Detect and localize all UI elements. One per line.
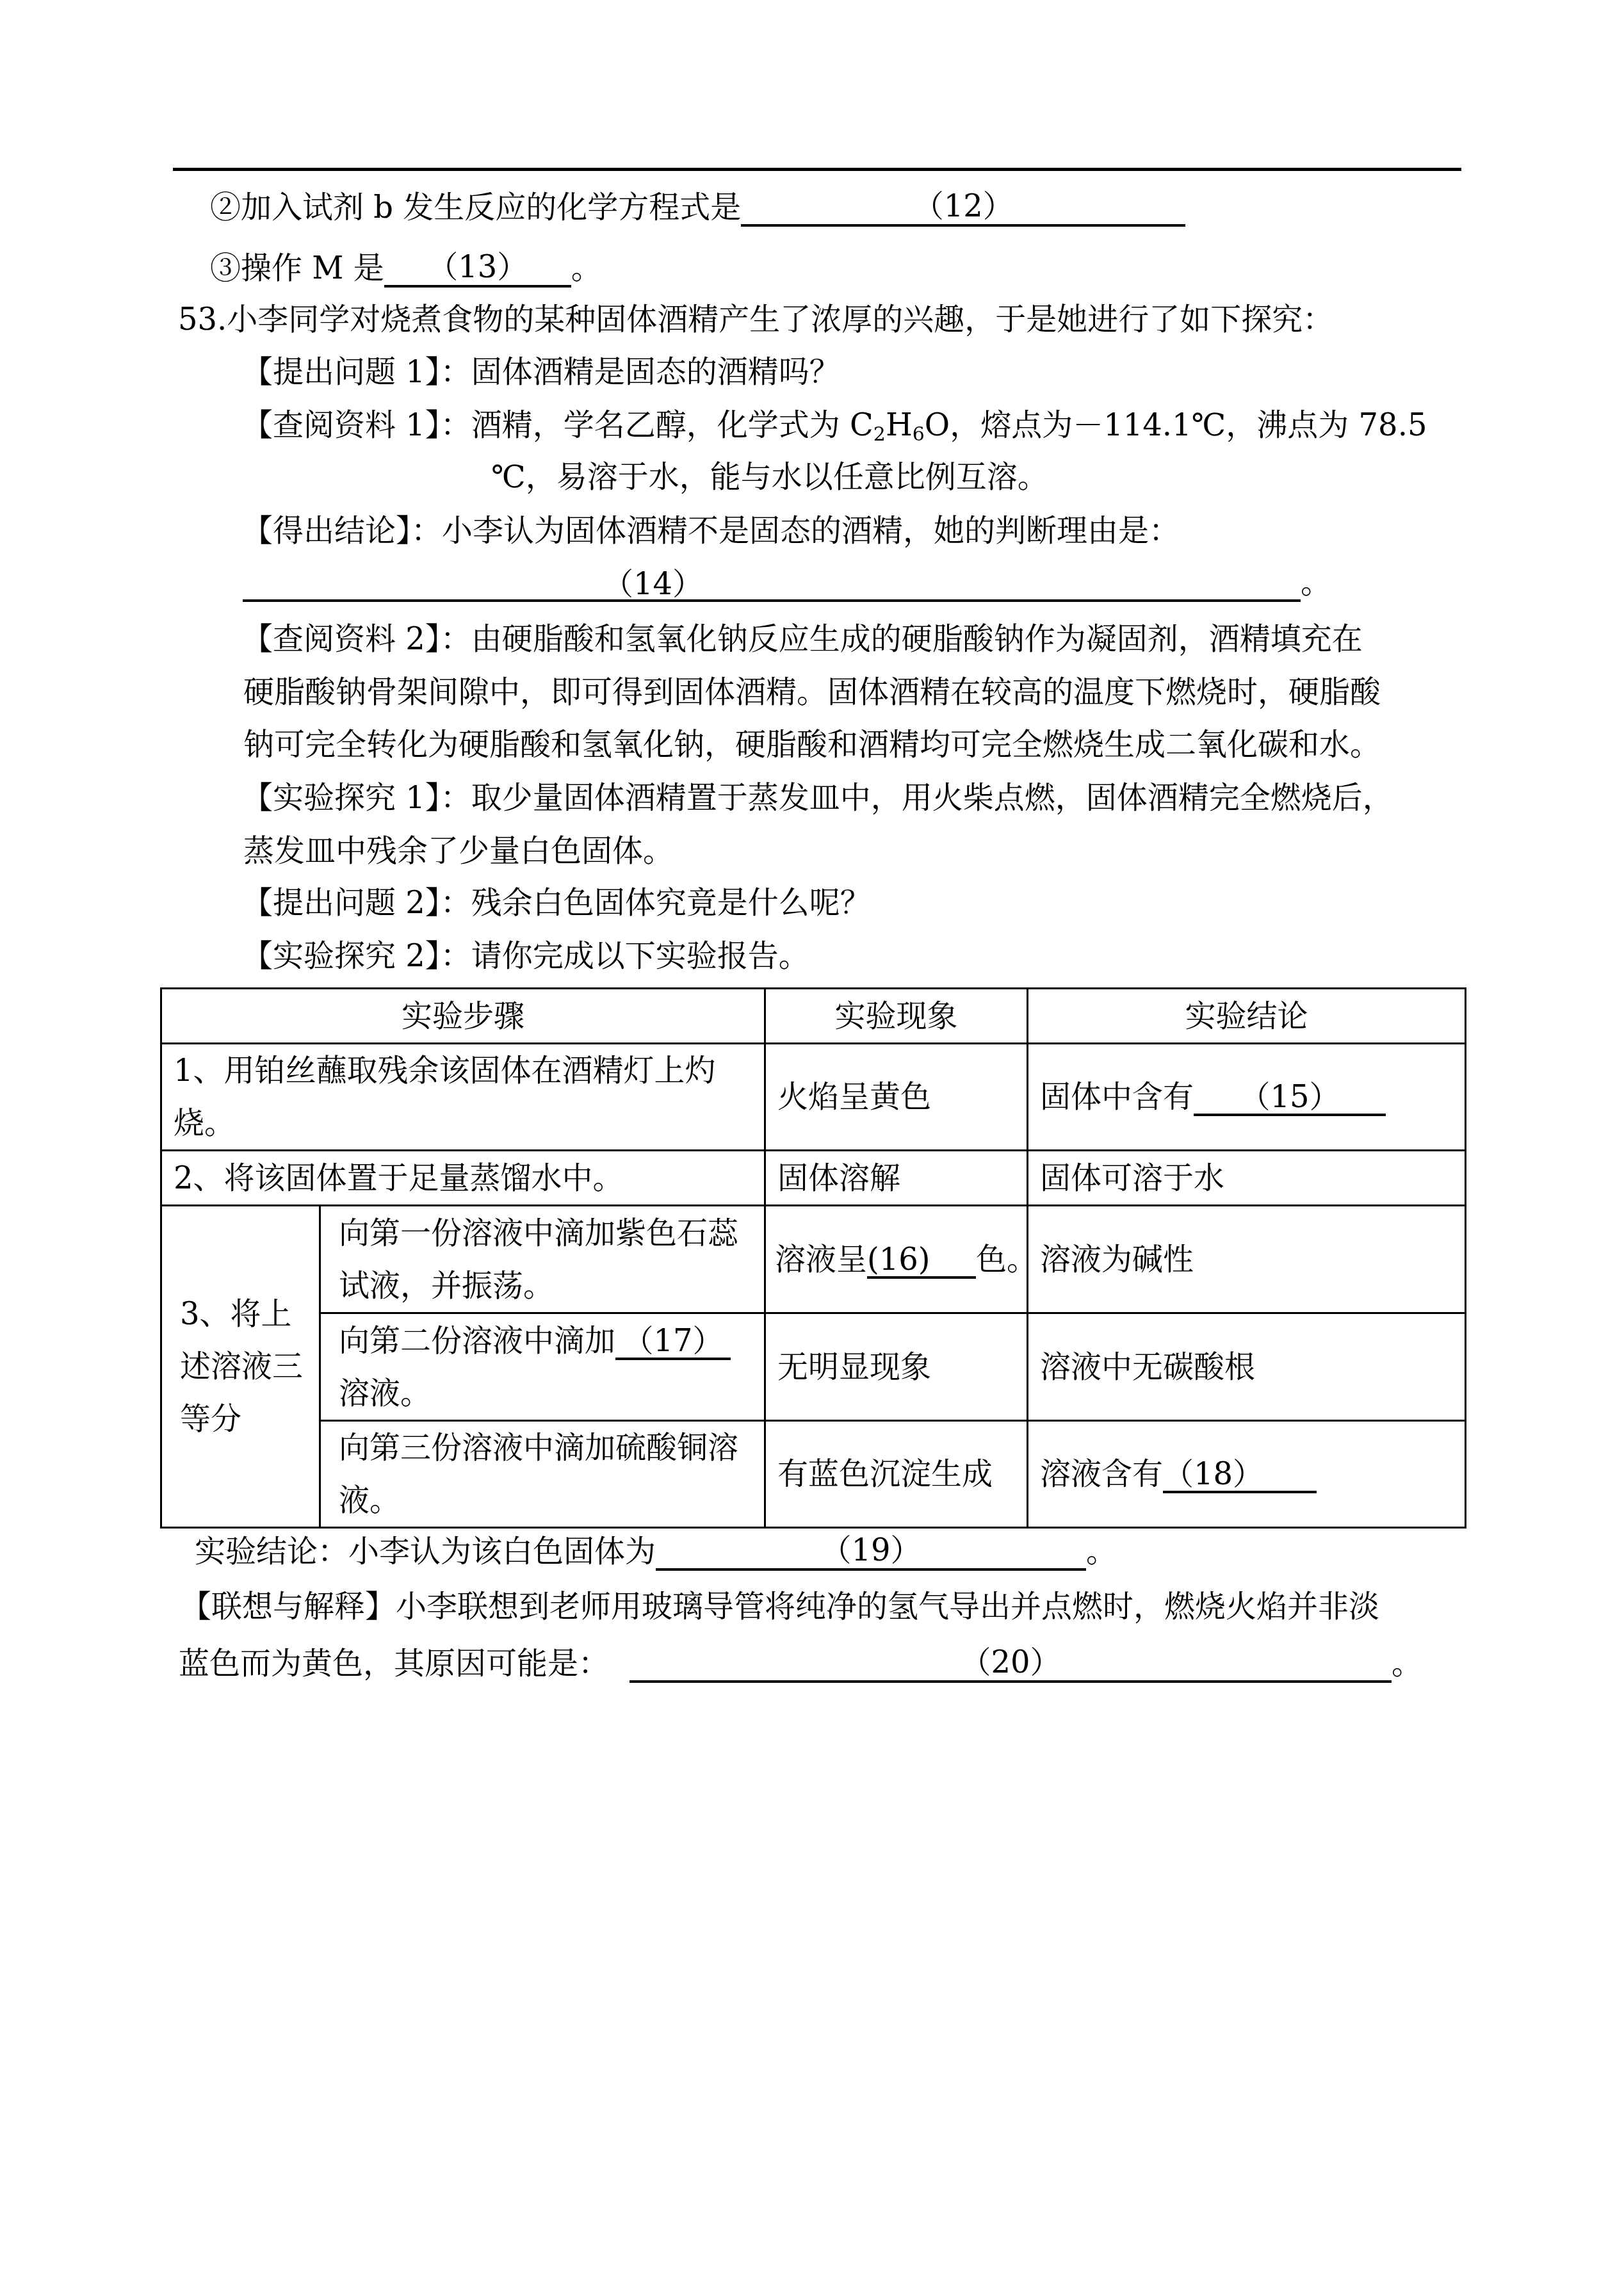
header-phenomenon: 实验现象	[765, 989, 1028, 1044]
association-line-1: 【联想与解释】小李联想到老师用玻璃导管将纯净的氢气导出并点燃时，燃烧火焰并非淡	[181, 1587, 1379, 1626]
blank-19[interactable]: （19）	[656, 1534, 1086, 1571]
experiment-report-table: 实验步骤 实验现象 实验结论 1、用铂丝蘸取残余该固体在酒精灯上灼烧。 火焰呈黄…	[160, 987, 1466, 1529]
conclusion-1-blank-line: （14）。	[243, 564, 1331, 602]
conclusion-1-suffix: 。	[1301, 565, 1331, 601]
row-1-phenomenon: 火焰呈黄色	[765, 1044, 1028, 1151]
header-steps: 实验步骤	[161, 989, 765, 1044]
row-2-conclusion: 固体可溶于水	[1028, 1151, 1466, 1206]
table-header-row: 实验步骤 实验现象 实验结论	[161, 989, 1466, 1044]
experiment-2: 【实验探究 2】：请你完成以下实验报告。	[242, 937, 809, 975]
reference-1-text-b: O，熔点为－114.1℃，沸点为 78.5	[925, 407, 1427, 443]
row-3c-conclusion: 溶液含有（18）	[1028, 1421, 1466, 1528]
header-conclusion: 实验结论	[1028, 989, 1466, 1044]
association-suffix: 。	[1392, 1646, 1422, 1682]
association-text: 蓝色而为黄色，其原因可能是：	[179, 1646, 609, 1682]
final-conclusion-suffix: 。	[1086, 1534, 1117, 1569]
row-2-step: 2、将该固体置于足量蒸馏水中。	[161, 1151, 765, 1206]
blank-16[interactable]: (16)	[867, 1243, 976, 1279]
subscript-2: 2	[873, 423, 886, 446]
table-row-2: 2、将该固体置于足量蒸馏水中。 固体溶解 固体可溶于水	[161, 1151, 1466, 1206]
row-3c-action: 向第三份溶液中滴加硫酸铜溶液。	[320, 1421, 765, 1528]
blank-13[interactable]: （13）	[384, 250, 571, 288]
row-3b-conclusion: 溶液中无碳酸根	[1028, 1313, 1466, 1421]
blank-18[interactable]: （18）	[1163, 1457, 1317, 1493]
blank-14[interactable]: （14）	[243, 567, 1301, 602]
row-3a-action: 向第一份溶液中滴加紫色石蕊试液，并振荡。	[320, 1206, 765, 1313]
question-1: 【提出问题 1】：固体酒精是固态的酒精吗？	[242, 353, 840, 391]
reference-1-line-1: 【查阅资料 1】：酒精，学名乙醇，化学式为 C2H6O，熔点为－114.1℃，沸…	[242, 406, 1427, 444]
table-row-3b: 向第二份溶液中滴加（17）溶液。 无明显现象 溶液中无碳酸根	[161, 1313, 1466, 1421]
item-3-suffix: 。	[571, 250, 602, 286]
row-3-step: 3、将上述溶液三等分	[161, 1206, 320, 1528]
row-3c-conclusion-text: 溶液含有	[1040, 1456, 1163, 1492]
blank-17[interactable]: （17）	[615, 1324, 731, 1360]
q53-intro: 53.小李同学对烧煮食物的某种固体酒精产生了浓厚的兴趣，于是她进行了如下探究：	[178, 300, 1333, 339]
experiment-1-line-1: 【实验探究 1】：取少量固体酒精置于蒸发皿中，用火柴点燃，固体酒精完全燃烧后，	[242, 779, 1393, 817]
subscript-6: 6	[913, 423, 925, 446]
blank-15[interactable]: （15）	[1194, 1080, 1386, 1116]
row-3b-action-text: 向第二份溶液中滴加	[339, 1323, 615, 1359]
association-line-2: 蓝色而为黄色，其原因可能是：（20）。	[179, 1644, 1422, 1683]
item-2-line: ②加入试剂 b 发生反应的化学方程式是（12）	[210, 188, 1185, 227]
row-3a-phenomenon: 溶液呈(16)色。	[765, 1206, 1028, 1313]
row-1-step: 1、用铂丝蘸取残余该固体在酒精灯上灼烧。	[161, 1044, 765, 1151]
reference-1-text-h: H	[886, 407, 913, 443]
row-3b-action-suffix: 溶液。	[339, 1375, 431, 1411]
final-conclusion: 实验结论：小李认为该白色固体为（19）。	[195, 1532, 1117, 1571]
row-3a-phenomenon-text: 溶液呈	[775, 1242, 867, 1277]
row-3b-action: 向第二份溶液中滴加（17）溶液。	[320, 1313, 765, 1421]
reference-1-text-a: 【查阅资料 1】：酒精，学名乙醇，化学式为 C	[242, 407, 873, 443]
table-row-3a: 3、将上述溶液三等分 向第一份溶液中滴加紫色石蕊试液，并振荡。 溶液呈(16)色…	[161, 1206, 1466, 1313]
final-conclusion-text: 实验结论：小李认为该白色固体为	[195, 1534, 656, 1569]
table-row-1: 1、用铂丝蘸取残余该固体在酒精灯上灼烧。 火焰呈黄色 固体中含有（15）	[161, 1044, 1466, 1151]
blank-12[interactable]: （12）	[741, 190, 1185, 227]
item-3-line: ③操作 M 是（13）。	[210, 249, 602, 288]
row-1-conclusion-text: 固体中含有	[1040, 1079, 1194, 1115]
reference-2-line-3: 钠可完全转化为硬脂酸和氢氧化钠，硬脂酸和酒精均可完全燃烧生成二氧化碳和水。	[243, 726, 1381, 764]
row-3c-phenomenon: 有蓝色沉淀生成	[765, 1421, 1028, 1528]
table-row-3c: 向第三份溶液中滴加硫酸铜溶液。 有蓝色沉淀生成 溶液含有（18）	[161, 1421, 1466, 1528]
row-3b-phenomenon: 无明显现象	[765, 1313, 1028, 1421]
row-1-conclusion: 固体中含有（15）	[1028, 1044, 1466, 1151]
row-2-phenomenon: 固体溶解	[765, 1151, 1028, 1206]
conclusion-1: 【得出结论】：小李认为固体酒精不是固态的酒精，她的判断理由是：	[242, 512, 1180, 550]
item-3-text: ③操作 M 是	[210, 250, 384, 286]
reference-2-line-2: 硬脂酸钠骨架间隙中，即可得到固体酒精。固体酒精在较高的温度下燃烧时，硬脂酸	[243, 673, 1381, 711]
header-rule	[173, 168, 1461, 171]
blank-20[interactable]: （20）	[629, 1646, 1392, 1683]
question-2: 【提出问题 2】：残余白色固体究竟是什么呢？	[242, 884, 871, 922]
row-3a-conclusion: 溶液为碱性	[1028, 1206, 1466, 1313]
reference-1-line-2: ℃，易溶于水，能与水以任意比例互溶。	[491, 458, 1048, 496]
row-3a-phenomenon-suffix: 色。	[976, 1242, 1037, 1277]
experiment-1-line-2: 蒸发皿中残余了少量白色固体。	[243, 832, 674, 870]
item-2-text: ②加入试剂 b 发生反应的化学方程式是	[210, 190, 741, 225]
reference-2-line-1: 【查阅资料 2】：由硬脂酸和氢氧化钠反应生成的硬脂酸钠作为凝固剂，酒精填充在	[242, 620, 1363, 658]
